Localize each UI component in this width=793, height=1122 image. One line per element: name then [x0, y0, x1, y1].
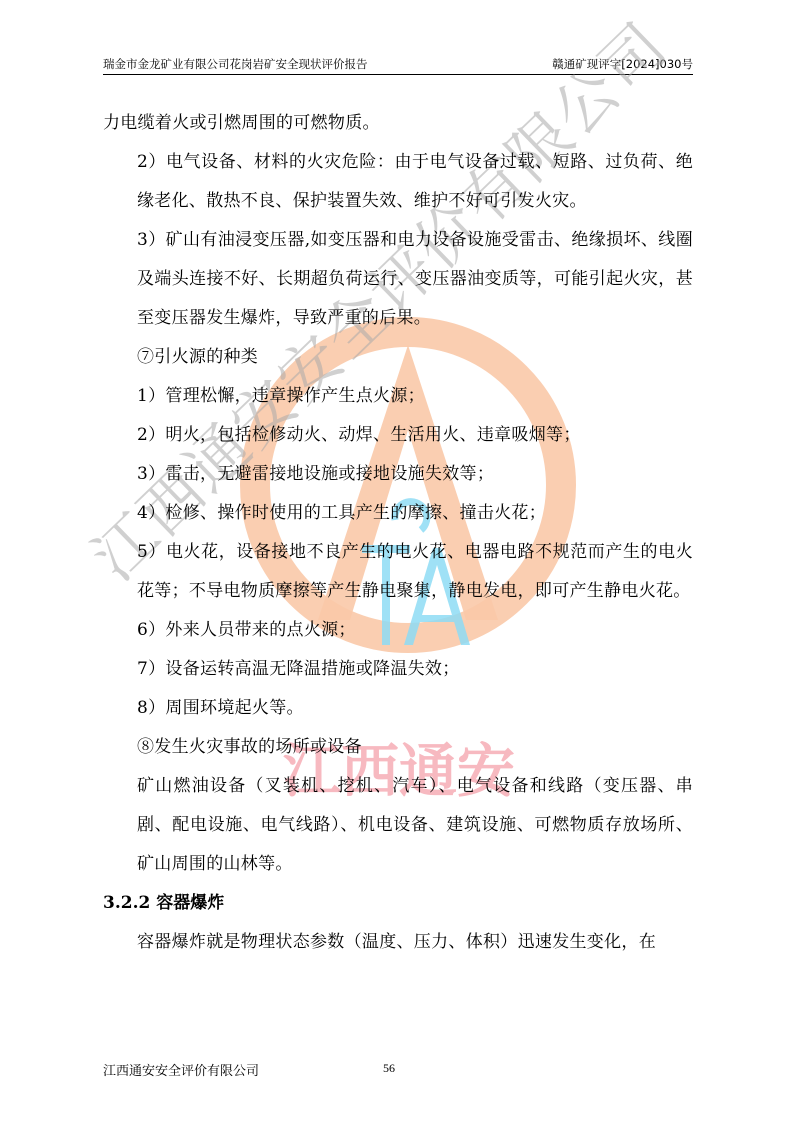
list-item: 7）设备运转高温无降温措施或降温失效；	[103, 650, 693, 689]
list-item: 1）管理松懈，违章操作产生点火源；	[103, 377, 693, 416]
paragraph: 容器爆炸就是物理状态参数（温度、压力、体积）迅速发生变化，在	[103, 923, 693, 962]
list-item: 3）雷击，无避雷接地设施或接地设施失效等；	[103, 455, 693, 494]
page-header: 瑞金市金龙矿业有限公司花岗岩矿安全现状评价报告 赣通矿现评字[2024]030号	[103, 56, 693, 75]
paragraph: 力电缆着火或引燃周围的可燃物质。	[103, 104, 693, 143]
paragraph: 矿山燃油设备（叉装机、挖机、汽车）、电气设备和线路（变压器、串剧、配电设施、电气…	[103, 767, 693, 884]
list-item: 8）周围环境起火等。	[103, 689, 693, 728]
paragraph: 3）矿山有油浸变压器,如变压器和电力设备设施受雷击、绝缘损坏、线圈及端头连接不好…	[103, 221, 693, 338]
list-item: 4）检修、操作时使用的工具产生的摩擦、撞击火花；	[103, 494, 693, 533]
page-number: 56	[383, 1061, 395, 1076]
list-item: 5）电火花，设备接地不良产生的电火花、电器电路不规范而产生的电火花等；不导电物质…	[103, 533, 693, 611]
subheading-ignition-sources: ⑦引火源的种类	[103, 338, 693, 377]
list-item: 6）外来人员带来的点火源；	[103, 611, 693, 650]
page-footer: 江西通安安全评价有限公司 56	[103, 1060, 693, 1080]
list-item: 2）明火，包括检修动火、动焊、生活用火、违章吸烟等；	[103, 416, 693, 455]
paragraph: 2）电气设备、材料的火灾危险：由于电气设备过载、短路、过负荷、绝缘老化、散热不良…	[103, 143, 693, 221]
document-body: 力电缆着火或引燃周围的可燃物质。 2）电气设备、材料的火灾危险：由于电气设备过载…	[103, 104, 693, 962]
document-number: 赣通矿现评字[2024]030号	[552, 56, 693, 72]
footer-company: 江西通安安全评价有限公司	[103, 1060, 259, 1079]
report-title: 瑞金市金龙矿业有限公司花岗岩矿安全现状评价报告	[103, 56, 368, 72]
subheading-fire-locations: ⑧发生火灾事故的场所或设备	[103, 728, 693, 767]
section-heading: 3.2.2 容器爆炸	[103, 884, 693, 923]
